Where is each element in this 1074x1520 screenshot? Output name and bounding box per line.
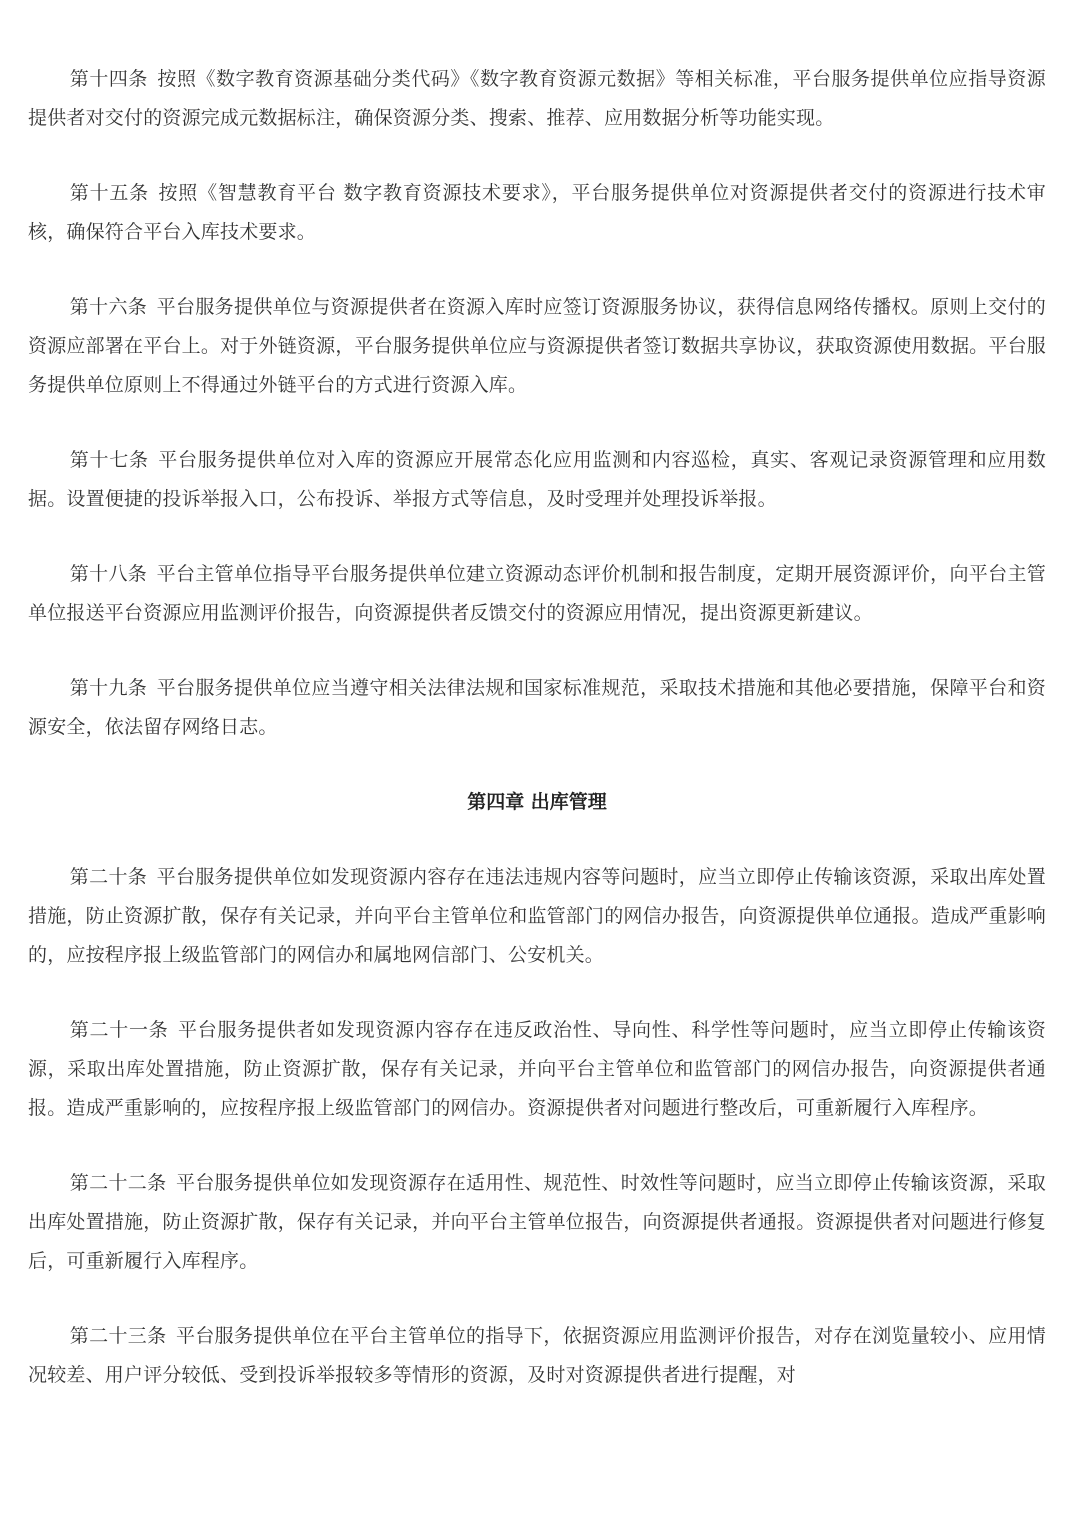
article-20: 第二十条平台服务提供单位如发现资源内容存在违法违规内容等问题时，应当立即停止传输… (28, 858, 1046, 975)
article-number: 第二十一条 (70, 1019, 169, 1041)
article-23: 第二十三条平台服务提供单位在平台主管单位的指导下，依据资源应用监测评价报告，对存… (28, 1317, 1046, 1395)
article-17: 第十七条平台服务提供单位对入库的资源应开展常态化应用监测和内容巡检，真实、客观记… (28, 441, 1046, 519)
article-16: 第十六条平台服务提供单位与资源提供者在资源入库时应签订资源服务协议，获得信息网络… (28, 288, 1046, 405)
article-number: 第十七条 (70, 449, 149, 471)
article-number: 第二十二条 (70, 1172, 167, 1194)
article-15: 第十五条按照《智慧教育平台 数字教育资源技术要求》，平台服务提供单位对资源提供者… (28, 174, 1046, 252)
article-text: 平台服务提供单位如发现资源存在适用性、规范性、时效性等问题时，应当立即停止传输该… (28, 1172, 1046, 1272)
article-text: 平台服务提供单位与资源提供者在资源入库时应签订资源服务协议，获得信息网络传播权。… (28, 296, 1046, 396)
article-text: 平台服务提供单位应当遵守相关法律法规和国家标准规范，采取技术措施和其他必要措施，… (28, 677, 1046, 738)
article-number: 第十九条 (70, 677, 147, 699)
document-page: 第十四条按照《数字教育资源基础分类代码》《数字教育资源元数据》等相关标准，平台服… (0, 0, 1074, 1395)
article-number: 第十四条 (70, 68, 148, 90)
article-text: 按照《数字教育资源基础分类代码》《数字教育资源元数据》等相关标准，平台服务提供单… (28, 68, 1046, 129)
article-14: 第十四条按照《数字教育资源基础分类代码》《数字教育资源元数据》等相关标准，平台服… (28, 60, 1046, 138)
article-text: 按照《智慧教育平台 数字教育资源技术要求》，平台服务提供单位对资源提供者交付的资… (28, 182, 1046, 243)
article-text: 平台服务提供单位在平台主管单位的指导下，依据资源应用监测评价报告，对存在浏览量较… (28, 1325, 1046, 1386)
article-text: 平台主管单位指导平台服务提供单位建立资源动态评价机制和报告制度，定期开展资源评价… (28, 563, 1046, 624)
article-19: 第十九条平台服务提供单位应当遵守相关法律法规和国家标准规范，采取技术措施和其他必… (28, 669, 1046, 747)
article-text: 平台服务提供单位对入库的资源应开展常态化应用监测和内容巡检，真实、客观记录资源管… (28, 449, 1046, 510)
article-21: 第二十一条平台服务提供者如发现资源内容存在违反政治性、导向性、科学性等问题时，应… (28, 1011, 1046, 1128)
article-number: 第二十三条 (70, 1325, 167, 1347)
article-text: 平台服务提供者如发现资源内容存在违反政治性、导向性、科学性等问题时，应当立即停止… (28, 1019, 1046, 1119)
article-text: 平台服务提供单位如发现资源内容存在违法违规内容等问题时，应当立即停止传输该资源，… (28, 866, 1046, 966)
article-number: 第十八条 (70, 563, 147, 585)
article-18: 第十八条平台主管单位指导平台服务提供单位建立资源动态评价机制和报告制度，定期开展… (28, 555, 1046, 633)
article-number: 第二十条 (70, 866, 147, 888)
chapter-heading: 第四章 出库管理 (28, 783, 1046, 822)
article-22: 第二十二条平台服务提供单位如发现资源存在适用性、规范性、时效性等问题时，应当立即… (28, 1164, 1046, 1281)
article-number: 第十六条 (70, 296, 147, 318)
article-number: 第十五条 (70, 182, 149, 204)
